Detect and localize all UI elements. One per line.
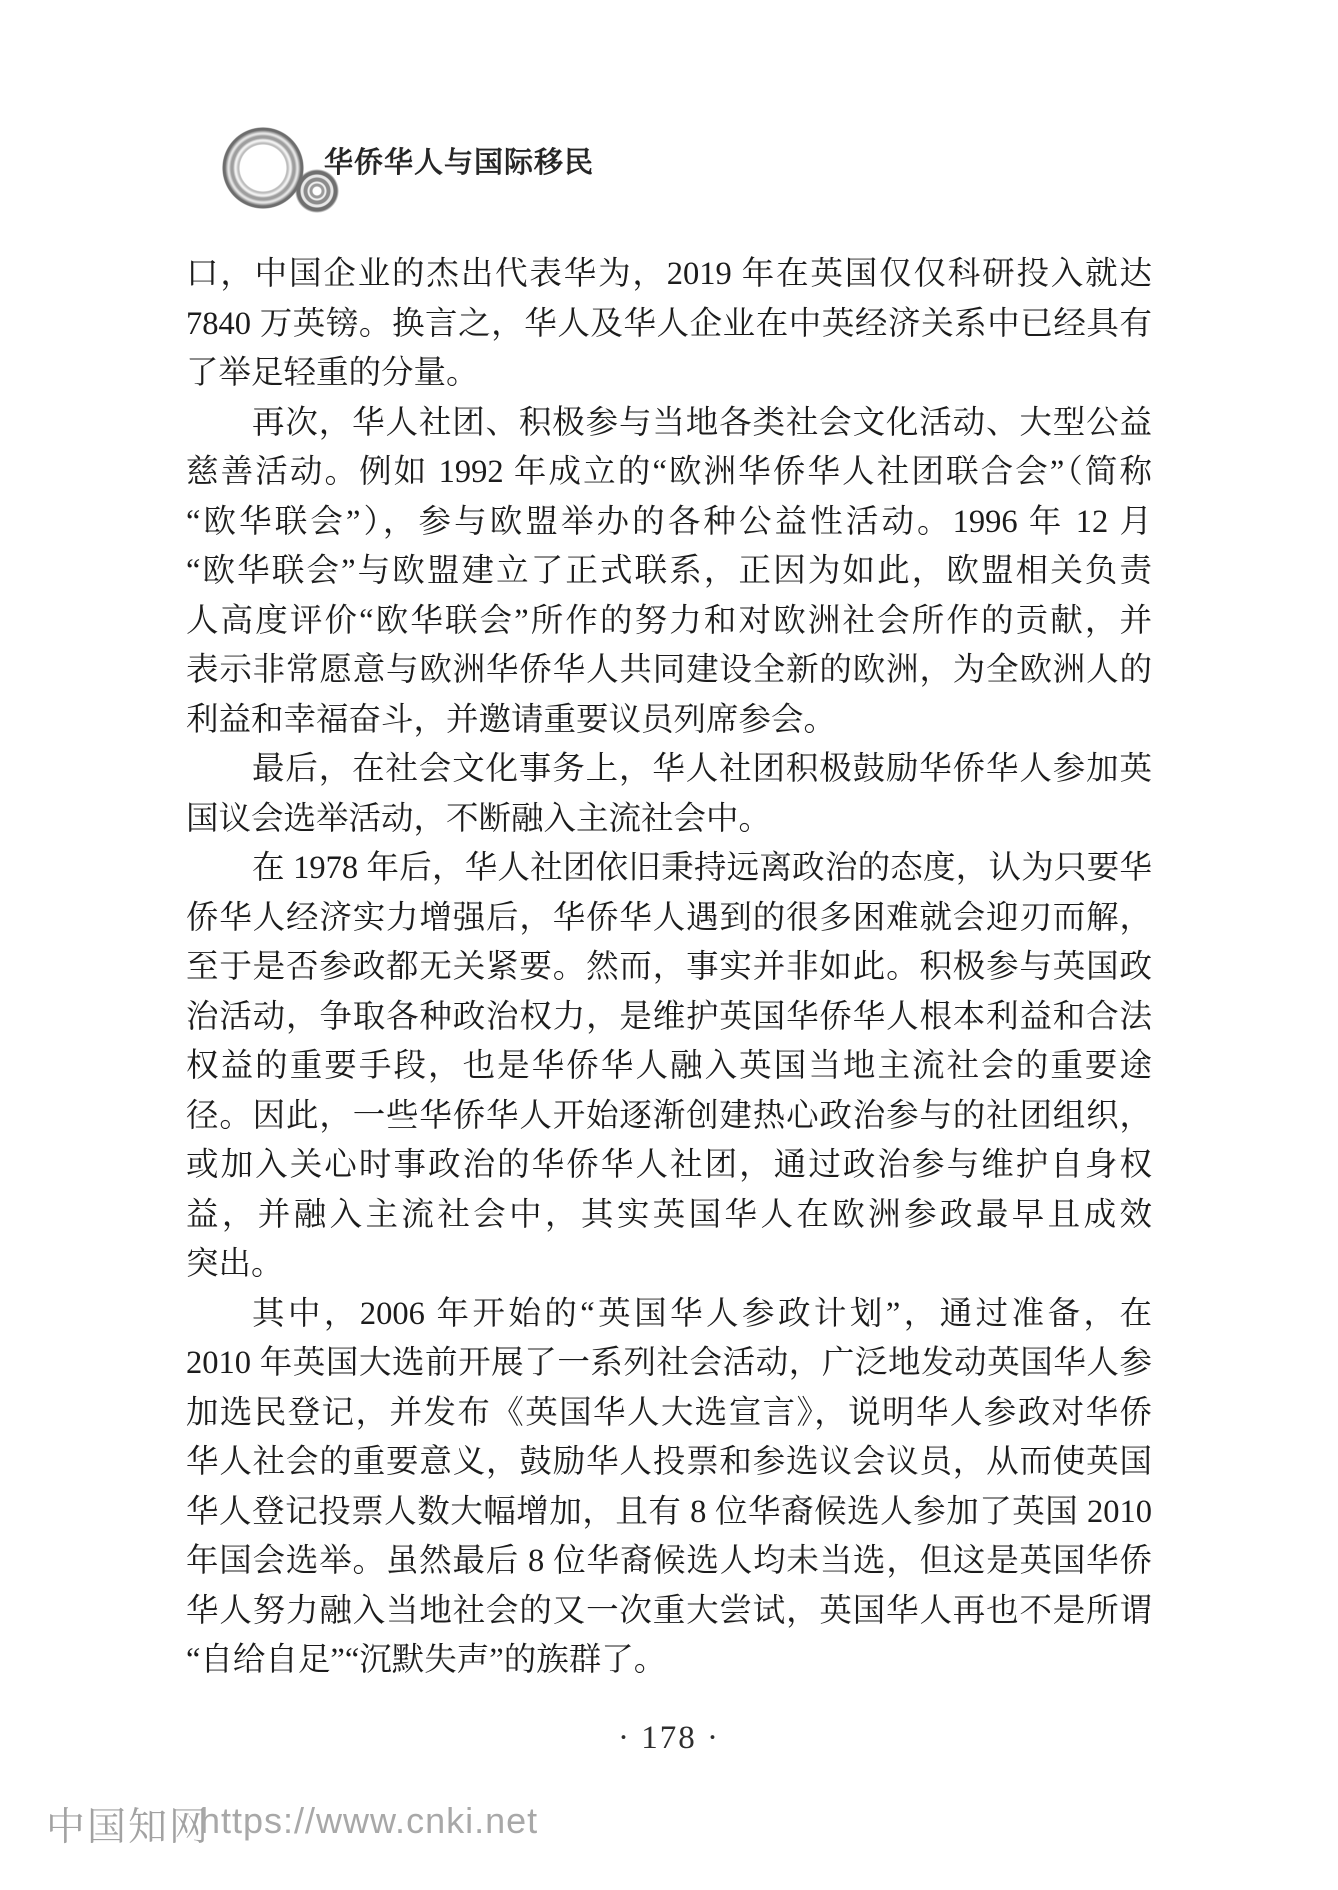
text-line: 2010 年英国大选前开展了一系列社会活动，广泛地发动英国华人参	[186, 1339, 1152, 1389]
cnki-url-watermark: https://www.cnki.net	[200, 1800, 538, 1842]
text-line: 华人登记投票人数大幅增加，且有 8 位华裔候选人参加了英国 2010	[186, 1488, 1152, 1538]
text-line: 至于是否参政都无关紧要。然而，事实并非如此。积极参与英国政	[186, 943, 1152, 993]
text-line: 7840 万英镑。换言之，华人及华人企业在中英经济关系中已经具有	[186, 300, 1152, 350]
text-line: 加选民登记，并发布《英国华人大选宣言》，说明华人参政对华侨	[186, 1389, 1152, 1439]
document-page: 华侨华人与国际移民 口，中国企业的杰出代表华为，2019 年在英国仅仅科研投入就…	[0, 0, 1338, 1890]
text-line: 益，并融入主流社会中，其实英国华人在欧洲参政最早且成效	[186, 1191, 1152, 1241]
text-line: 径。因此，一些华侨华人开始逐渐创建热心政治参与的社团组织，	[186, 1092, 1152, 1142]
body-text: 口，中国企业的杰出代表华为，2019 年在英国仅仅科研投入就达7840 万英镑。…	[186, 250, 1152, 1686]
text-line: 华人努力融入当地社会的又一次重大尝试，英国华人再也不是所谓	[186, 1587, 1152, 1637]
text-line: 年国会选举。虽然最后 8 位华裔候选人均未当选，但这是英国华侨	[186, 1537, 1152, 1587]
text-line: 在 1978 年后，华人社团依旧秉持远离政治的态度，认为只要华	[186, 844, 1152, 894]
text-line: 治活动，争取各种政治权力，是维护英国华侨华人根本利益和合法	[186, 993, 1152, 1043]
text-line: 口，中国企业的杰出代表华为，2019 年在英国仅仅科研投入就达	[186, 250, 1152, 300]
cnki-brand-watermark: 中国知网	[46, 1796, 210, 1852]
text-line: 再次，华人社团、积极参与当地各类社会文化活动、大型公益	[186, 399, 1152, 449]
text-line: 人高度评价“欧华联会”所作的努力和对欧洲社会所作的贡献，并	[186, 597, 1152, 647]
text-line: 或加入关心时事政治的华侨华人社团，通过政治参与维护自身权	[186, 1141, 1152, 1191]
text-line: 其中，2006 年开始的“英国华人参政计划”，通过准备，在	[186, 1290, 1152, 1340]
text-line: 侨华人经济实力增强后，华侨华人遇到的很多困难就会迎刃而解，	[186, 894, 1152, 944]
text-line: 了举足轻重的分量。	[186, 349, 1152, 399]
text-line: 最后，在社会文化事务上，华人社团积极鼓励华侨华人参加英	[186, 745, 1152, 795]
text-line: 表示非常愿意与欧洲华侨华人共同建设全新的欧洲，为全欧洲人的	[186, 646, 1152, 696]
logo-ring-large-icon	[222, 127, 304, 209]
text-line: 权益的重要手段，也是华侨华人融入英国当地主流社会的重要途	[186, 1042, 1152, 1092]
text-line: 突出。	[186, 1240, 1152, 1290]
text-line: 利益和幸福奋斗，并邀请重要议员列席参会。	[186, 696, 1152, 746]
journal-title: 华侨华人与国际移民	[324, 146, 594, 180]
text-line: 国议会选举活动，不断融入主流社会中。	[186, 795, 1152, 845]
text-line: 慈善活动。例如 1992 年成立的“欧洲华侨华人社团联合会”（简称	[186, 448, 1152, 498]
text-line: 华人社会的重要意义，鼓励华人投票和参选议会议员，从而使英国	[186, 1438, 1152, 1488]
page-number: · 178 ·	[186, 1720, 1152, 1757]
text-line: “欧华联会”），参与欧盟举办的各种公益性活动。1996 年 12 月	[186, 498, 1152, 548]
text-line: “欧华联会”与欧盟建立了正式联系，正因为如此，欧盟相关负责	[186, 547, 1152, 597]
text-line: “自给自足”“沉默失声”的族群了。	[186, 1636, 1152, 1686]
